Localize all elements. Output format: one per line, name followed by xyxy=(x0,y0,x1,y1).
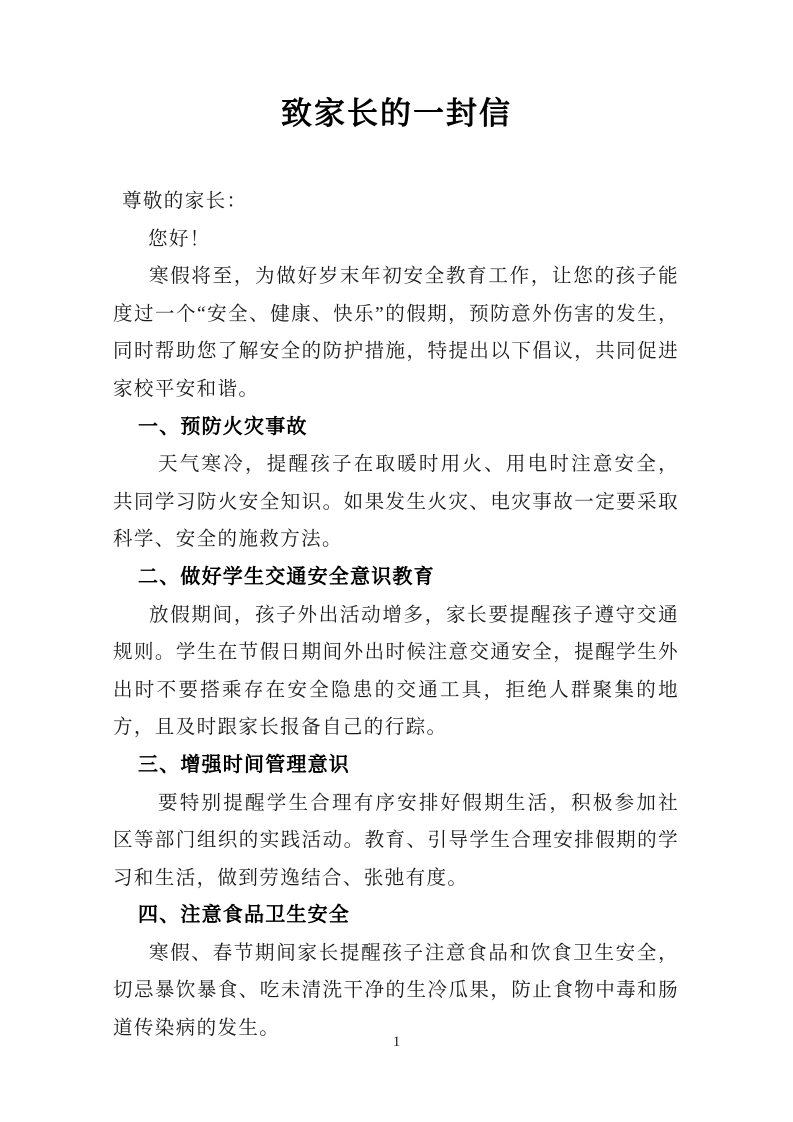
section-heading: 二、做好学生交通安全意识教育 xyxy=(113,559,679,597)
salutation: 尊敬的家长： xyxy=(113,183,679,221)
section-fire-safety: 一、预防火灾事故 天气寒冷，提醒孩子在取暖时用火、用电时注意安全，共同学习防火安… xyxy=(113,409,679,559)
greeting: 您好！ xyxy=(113,221,679,259)
section-heading: 四、注意食品卫生安全 xyxy=(113,897,679,935)
section-body: 天气寒冷，提醒孩子在取暖时用火、用电时注意安全，共同学习防火安全知识。如果发生火… xyxy=(113,446,679,559)
section-traffic-safety: 二、做好学生交通安全意识教育 放假期间，孩子外出活动增多，家长要提醒孩子遵守交通… xyxy=(113,559,679,747)
section-body: 要特别提醒学生合理有序安排好假期生活，积极参加社区等部门组织的实践活动。教育、引… xyxy=(113,785,679,898)
section-time-management: 三、增强时间管理意识 要特别提醒学生合理有序安排好假期生活，积极参加社区等部门组… xyxy=(113,747,679,897)
section-body: 放假期间，孩子外出活动增多，家长要提醒孩子遵守交通规则。学生在节假日期间外出时候… xyxy=(113,597,679,747)
section-heading: 三、增强时间管理意识 xyxy=(113,747,679,785)
document-body: 尊敬的家长： 您好！ 寒假将至，为做好岁末年初安全教育工作，让您的孩子能度过一个… xyxy=(113,183,679,1048)
section-body: 寒假、春节期间家长提醒孩子注意食品和饮食卫生安全，切忌暴饮暴食、吃未清洗干净的生… xyxy=(113,935,679,1048)
section-food-safety: 四、注意食品卫生安全 寒假、春节期间家长提醒孩子注意食品和饮食卫生安全，切忌暴饮… xyxy=(113,897,679,1047)
section-heading: 一、预防火灾事故 xyxy=(113,409,679,447)
document-title: 致家长的一封信 xyxy=(0,92,793,136)
intro-paragraph: 寒假将至，为做好岁末年初安全教育工作，让您的孩子能度过一个“安全、健康、快乐”的… xyxy=(113,258,679,408)
page-number: 1 xyxy=(0,1034,793,1051)
document-page: 致家长的一封信 尊敬的家长： 您好！ 寒假将至，为做好岁末年初安全教育工作，让您… xyxy=(0,0,793,1122)
